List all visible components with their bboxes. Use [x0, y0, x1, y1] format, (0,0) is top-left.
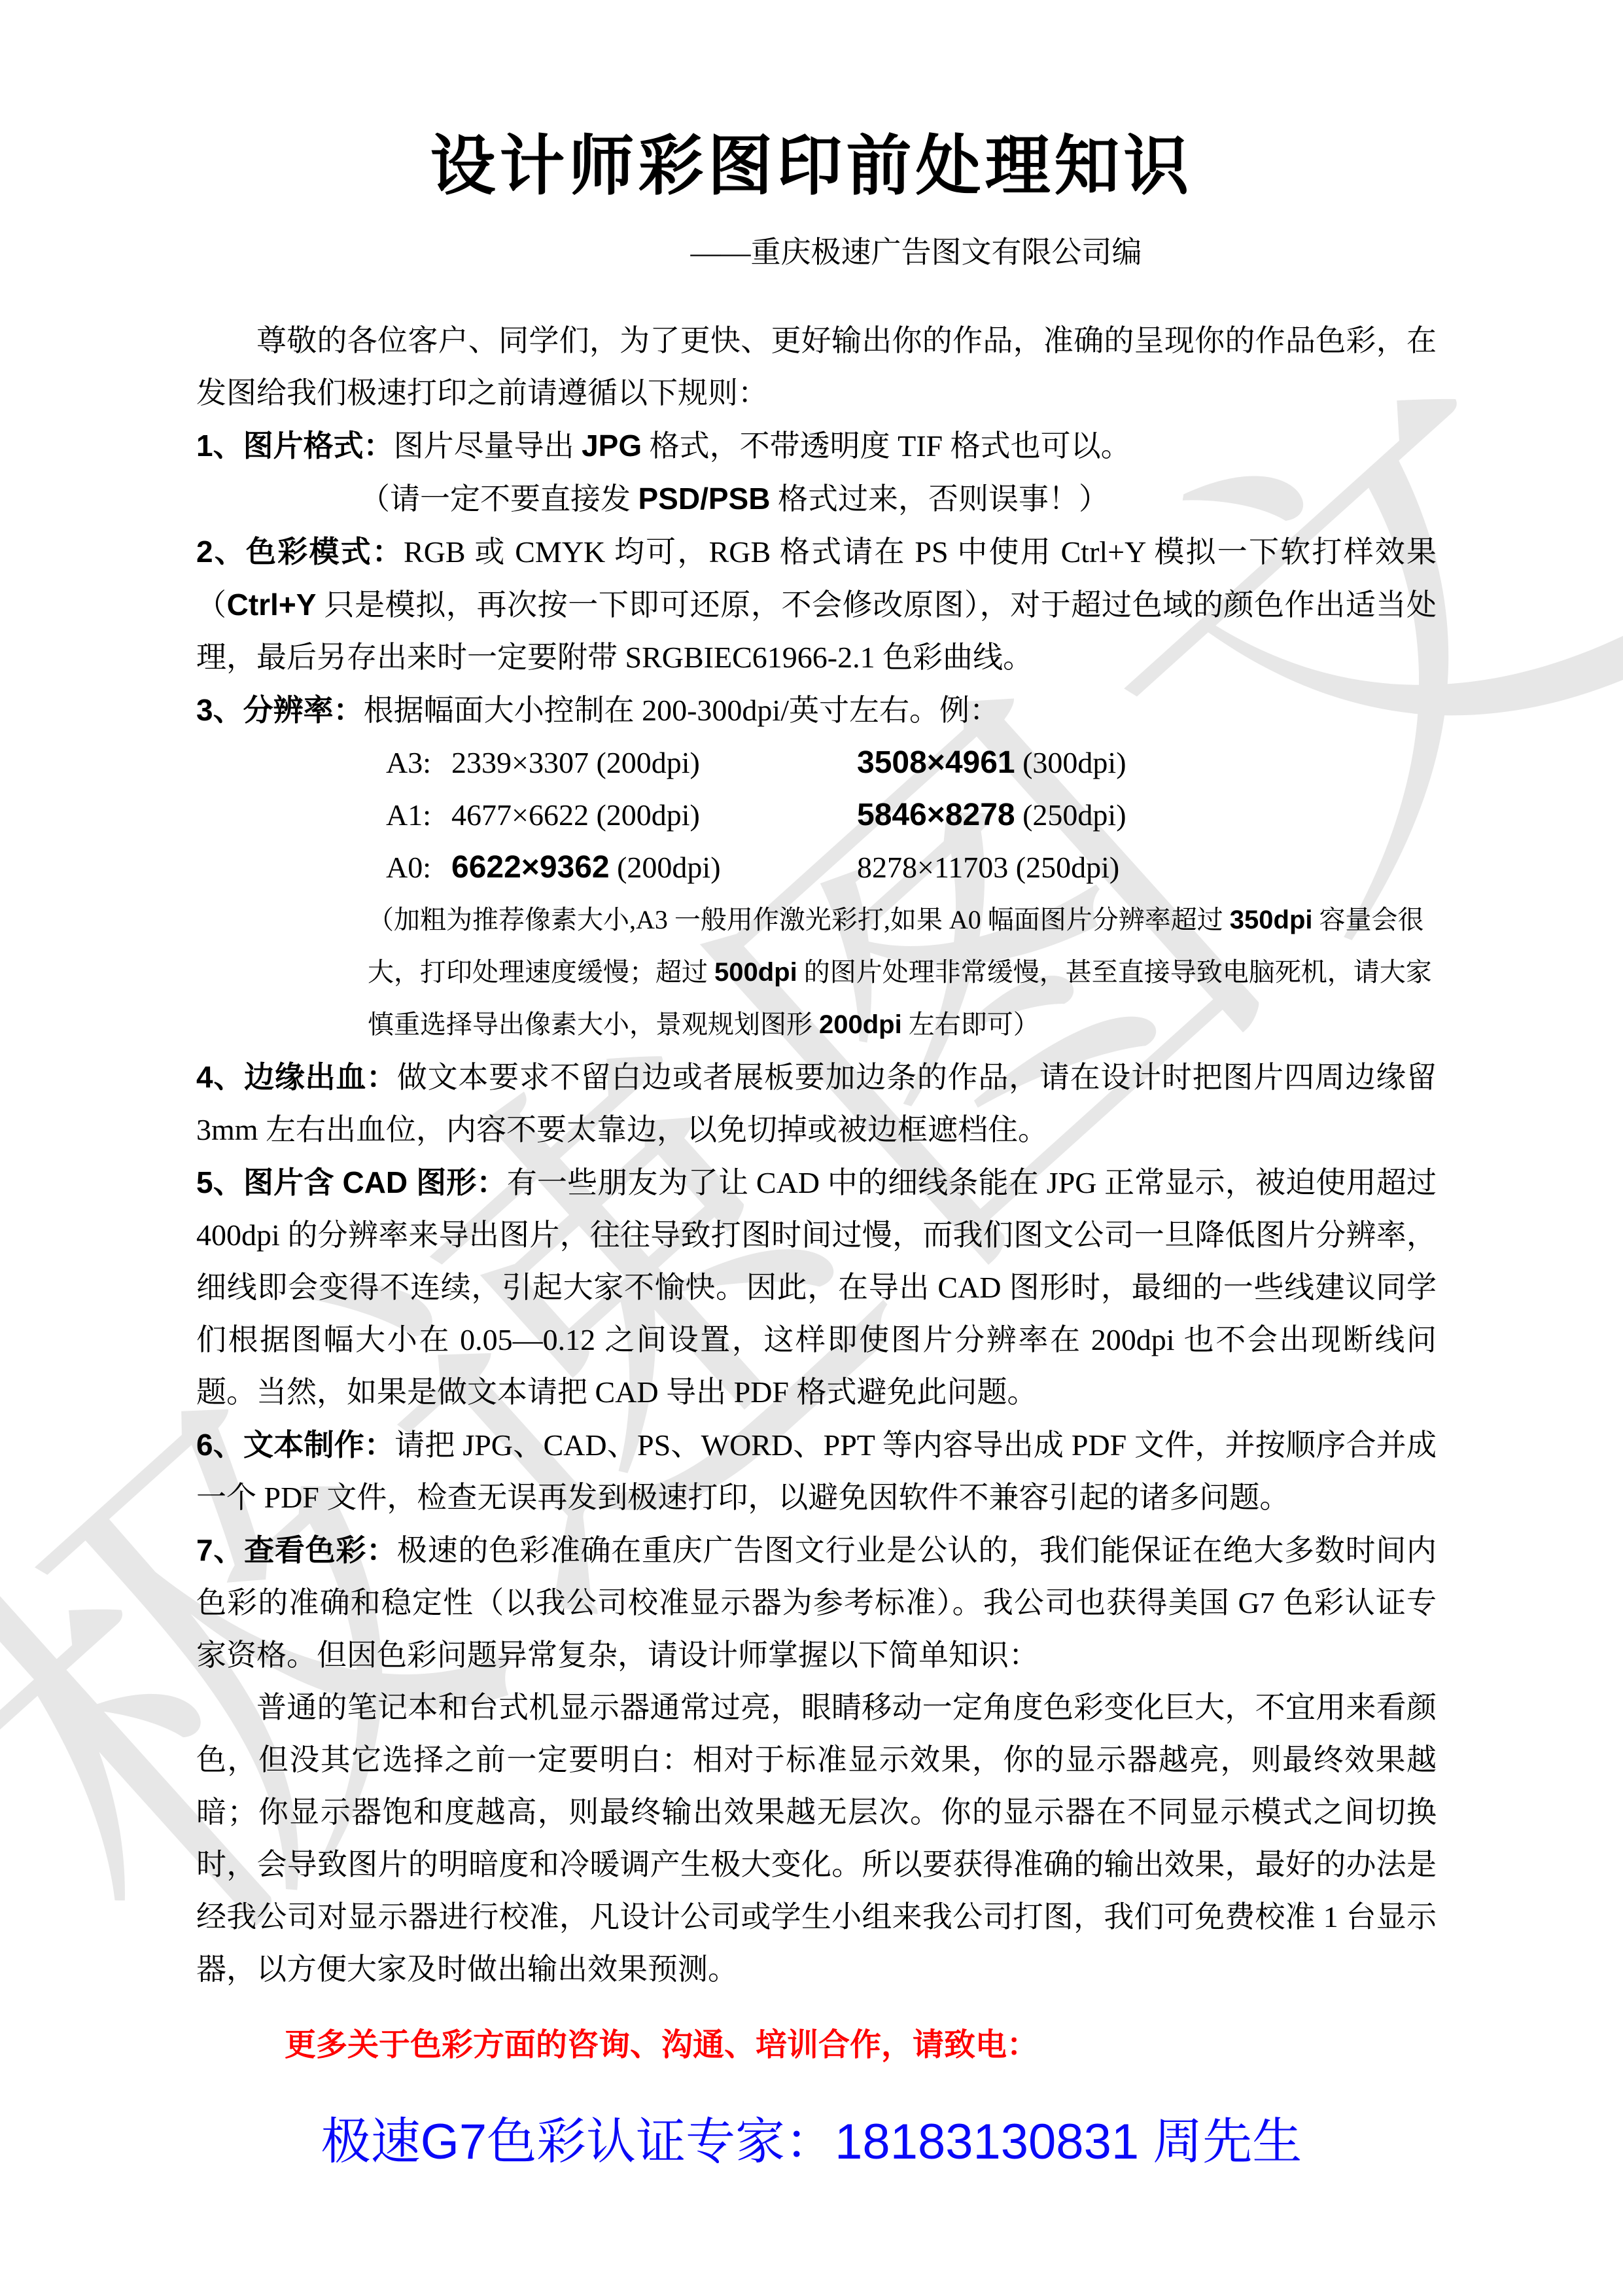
text-segment: 4、边缘出血： [196, 1060, 397, 1094]
paragraph: 普通的笔记本和台式机显示器通常过亮，眼睛移动一定角度色彩变化巨大，不宜用来看颜色… [196, 1682, 1437, 1996]
document-content: 设计师彩图印前处理知识 ——重庆极速广告图文有限公司编 尊敬的各位客户、同学们，… [0, 128, 1623, 2175]
text-segment: 4677×6622 [451, 798, 589, 832]
page-title: 设计师彩图印前处理知识 [0, 128, 1623, 206]
text-segment: 2339×3307 [451, 746, 589, 779]
text-segment: 尊敬的各位客户、同学们，为了更快、更好输出你的作品，准确的呈现你的作品色彩，在发… [196, 324, 1437, 410]
resolution-left-column: 2339×3307 (200dpi) [451, 737, 857, 789]
text-segment: (300dpi) [1022, 746, 1126, 779]
text-segment: 有一些朋友为了让 CAD 中的细线条能在 JPG 正常显示，被迫使用超过 400… [196, 1166, 1437, 1409]
text-segment: 格式过来，否则误事！） [770, 482, 1109, 516]
text-segment: 7、查看色彩： [196, 1533, 397, 1567]
text-segment: 6、文本制作： [196, 1428, 394, 1462]
paragraph: 3、分辨率：根据幅面大小控制在 200-300dpi/英寸左右。例： [196, 684, 1437, 737]
text-segment: （加粗为推荐像素大小,A3 一般用作激光彩打,如果 A0 幅面图片分辨率超过 [368, 905, 1230, 934]
contact-phone-line: 极速G7色彩认证专家：18183130831 周先生 [0, 2110, 1623, 2175]
paragraph: 1、图片格式：图片尽量导出 JPG 格式，不带透明度 TIF 格式也可以。 [196, 419, 1437, 472]
text-segment: 500dpi [714, 958, 797, 987]
paragraph: 7、查看色彩：极速的色彩准确在重庆广告图文行业是公认的，我们能保证在绝大多数时间… [196, 1524, 1437, 1682]
text-segment: JPG [582, 429, 642, 463]
note-paragraph: （加粗为推荐像素大小,A3 一般用作激光彩打,如果 A0 幅面图片分辨率超过 3… [368, 894, 1437, 1051]
contact-person: 周先生 [1153, 2114, 1302, 2170]
paragraph: 5、图片含 CAD 图形：有一些朋友为了让 CAD 中的细线条能在 JPG 正常… [196, 1156, 1437, 1419]
page-subtitle: ——重庆极速广告图文有限公司编 [0, 234, 1623, 272]
document-body: 尊敬的各位客户、同学们，为了更快、更好输出你的作品，准确的呈现你的作品色彩，在发… [196, 315, 1437, 1996]
text-segment: 图片尽量导出 [394, 429, 582, 463]
text-segment: (250dpi) [1016, 851, 1119, 884]
resolution-size-label: A1: [386, 789, 451, 841]
text-segment: 只是模拟，再次按一下即可还原，不会修改原图），对于超过色域的颜色作出适当处理，最… [196, 588, 1437, 674]
text-segment: 5846×8278 [857, 798, 1015, 832]
text-segment: (200dpi) [596, 746, 699, 779]
document-page: 极速图文 设计师彩图印前处理知识 ——重庆极速广告图文有限公司编 尊敬的各位客户… [0, 0, 1623, 2296]
text-segment: PSD/PSB [638, 482, 771, 516]
text-segment: 350dpi [1230, 906, 1313, 934]
text-segment: 1、图片格式： [196, 429, 394, 463]
resolution-row: A1:4677×6622 (200dpi)5846×8278 (250dpi) [386, 789, 1437, 841]
text-segment: (200dpi) [617, 851, 720, 884]
text-segment: 8278×11703 [857, 851, 1008, 884]
text-segment: (250dpi) [1022, 798, 1126, 832]
text-segment: Ctrl+Y [227, 588, 317, 622]
contact-separator [1139, 2114, 1153, 2170]
text-segment: 200dpi [819, 1010, 902, 1039]
text-segment: (200dpi) [596, 798, 699, 832]
text-segment: 3508×4961 [857, 745, 1015, 780]
paragraph: 4、边缘出血：做文本要求不留白边或者展板要加边条的作品，请在设计时把图片四周边缘… [196, 1051, 1437, 1156]
resolution-row: A0:6622×9362 (200dpi)8278×11703 (250dpi) [386, 841, 1437, 894]
resolution-right-column: 3508×4961 (300dpi) [857, 737, 1437, 789]
text-segment: 2、色彩模式： [196, 535, 404, 569]
paragraph: 2、色彩模式：RGB 或 CMYK 均可，RGB 格式请在 PS 中使用 Ctr… [196, 525, 1437, 684]
text-segment: 左右即可） [902, 1010, 1039, 1039]
text-segment: 格式，不带透明度 TIF 格式也可以。 [642, 429, 1131, 463]
contact-expert-label: 极速G7色彩认证专家： [321, 2114, 835, 2170]
contact-callout: 更多关于色彩方面的咨询、沟通、培训合作，请致电： [285, 2019, 1437, 2072]
text-segment: 3、分辨率： [196, 693, 364, 727]
paragraph: （请一定不要直接发 PSD/PSB 格式过来，否则误事！） [196, 472, 1437, 525]
resolution-right-column: 8278×11703 (250dpi) [857, 841, 1437, 894]
text-segment: 根据幅面大小控制在 200-300dpi/英寸左右。例： [364, 694, 1000, 727]
resolution-size-label: A0: [386, 841, 451, 894]
text-segment: 5、图片含 CAD 图形： [196, 1165, 507, 1199]
paragraph: 6、文本制作：请把 JPG、CAD、PS、WORD、PPT 等内容导出成 PDF… [196, 1419, 1437, 1524]
resolution-left-column: 4677×6622 (200dpi) [451, 789, 857, 841]
text-segment: 普通的笔记本和台式机显示器通常过亮，眼睛移动一定角度色彩变化巨大，不宜用来看颜色… [196, 1691, 1437, 1986]
paragraph: 尊敬的各位客户、同学们，为了更快、更好输出你的作品，准确的呈现你的作品色彩，在发… [196, 315, 1437, 419]
resolution-size-label: A3: [386, 737, 451, 789]
resolution-right-column: 5846×8278 (250dpi) [857, 789, 1437, 841]
resolution-row: A3:2339×3307 (200dpi)3508×4961 (300dpi) [386, 737, 1437, 789]
resolution-left-column: 6622×9362 (200dpi) [451, 841, 857, 894]
contact-phone-number: 18183130831 [835, 2114, 1139, 2170]
text-segment: （请一定不要直接发 [360, 482, 638, 516]
text-segment: 6622×9362 [451, 850, 610, 885]
